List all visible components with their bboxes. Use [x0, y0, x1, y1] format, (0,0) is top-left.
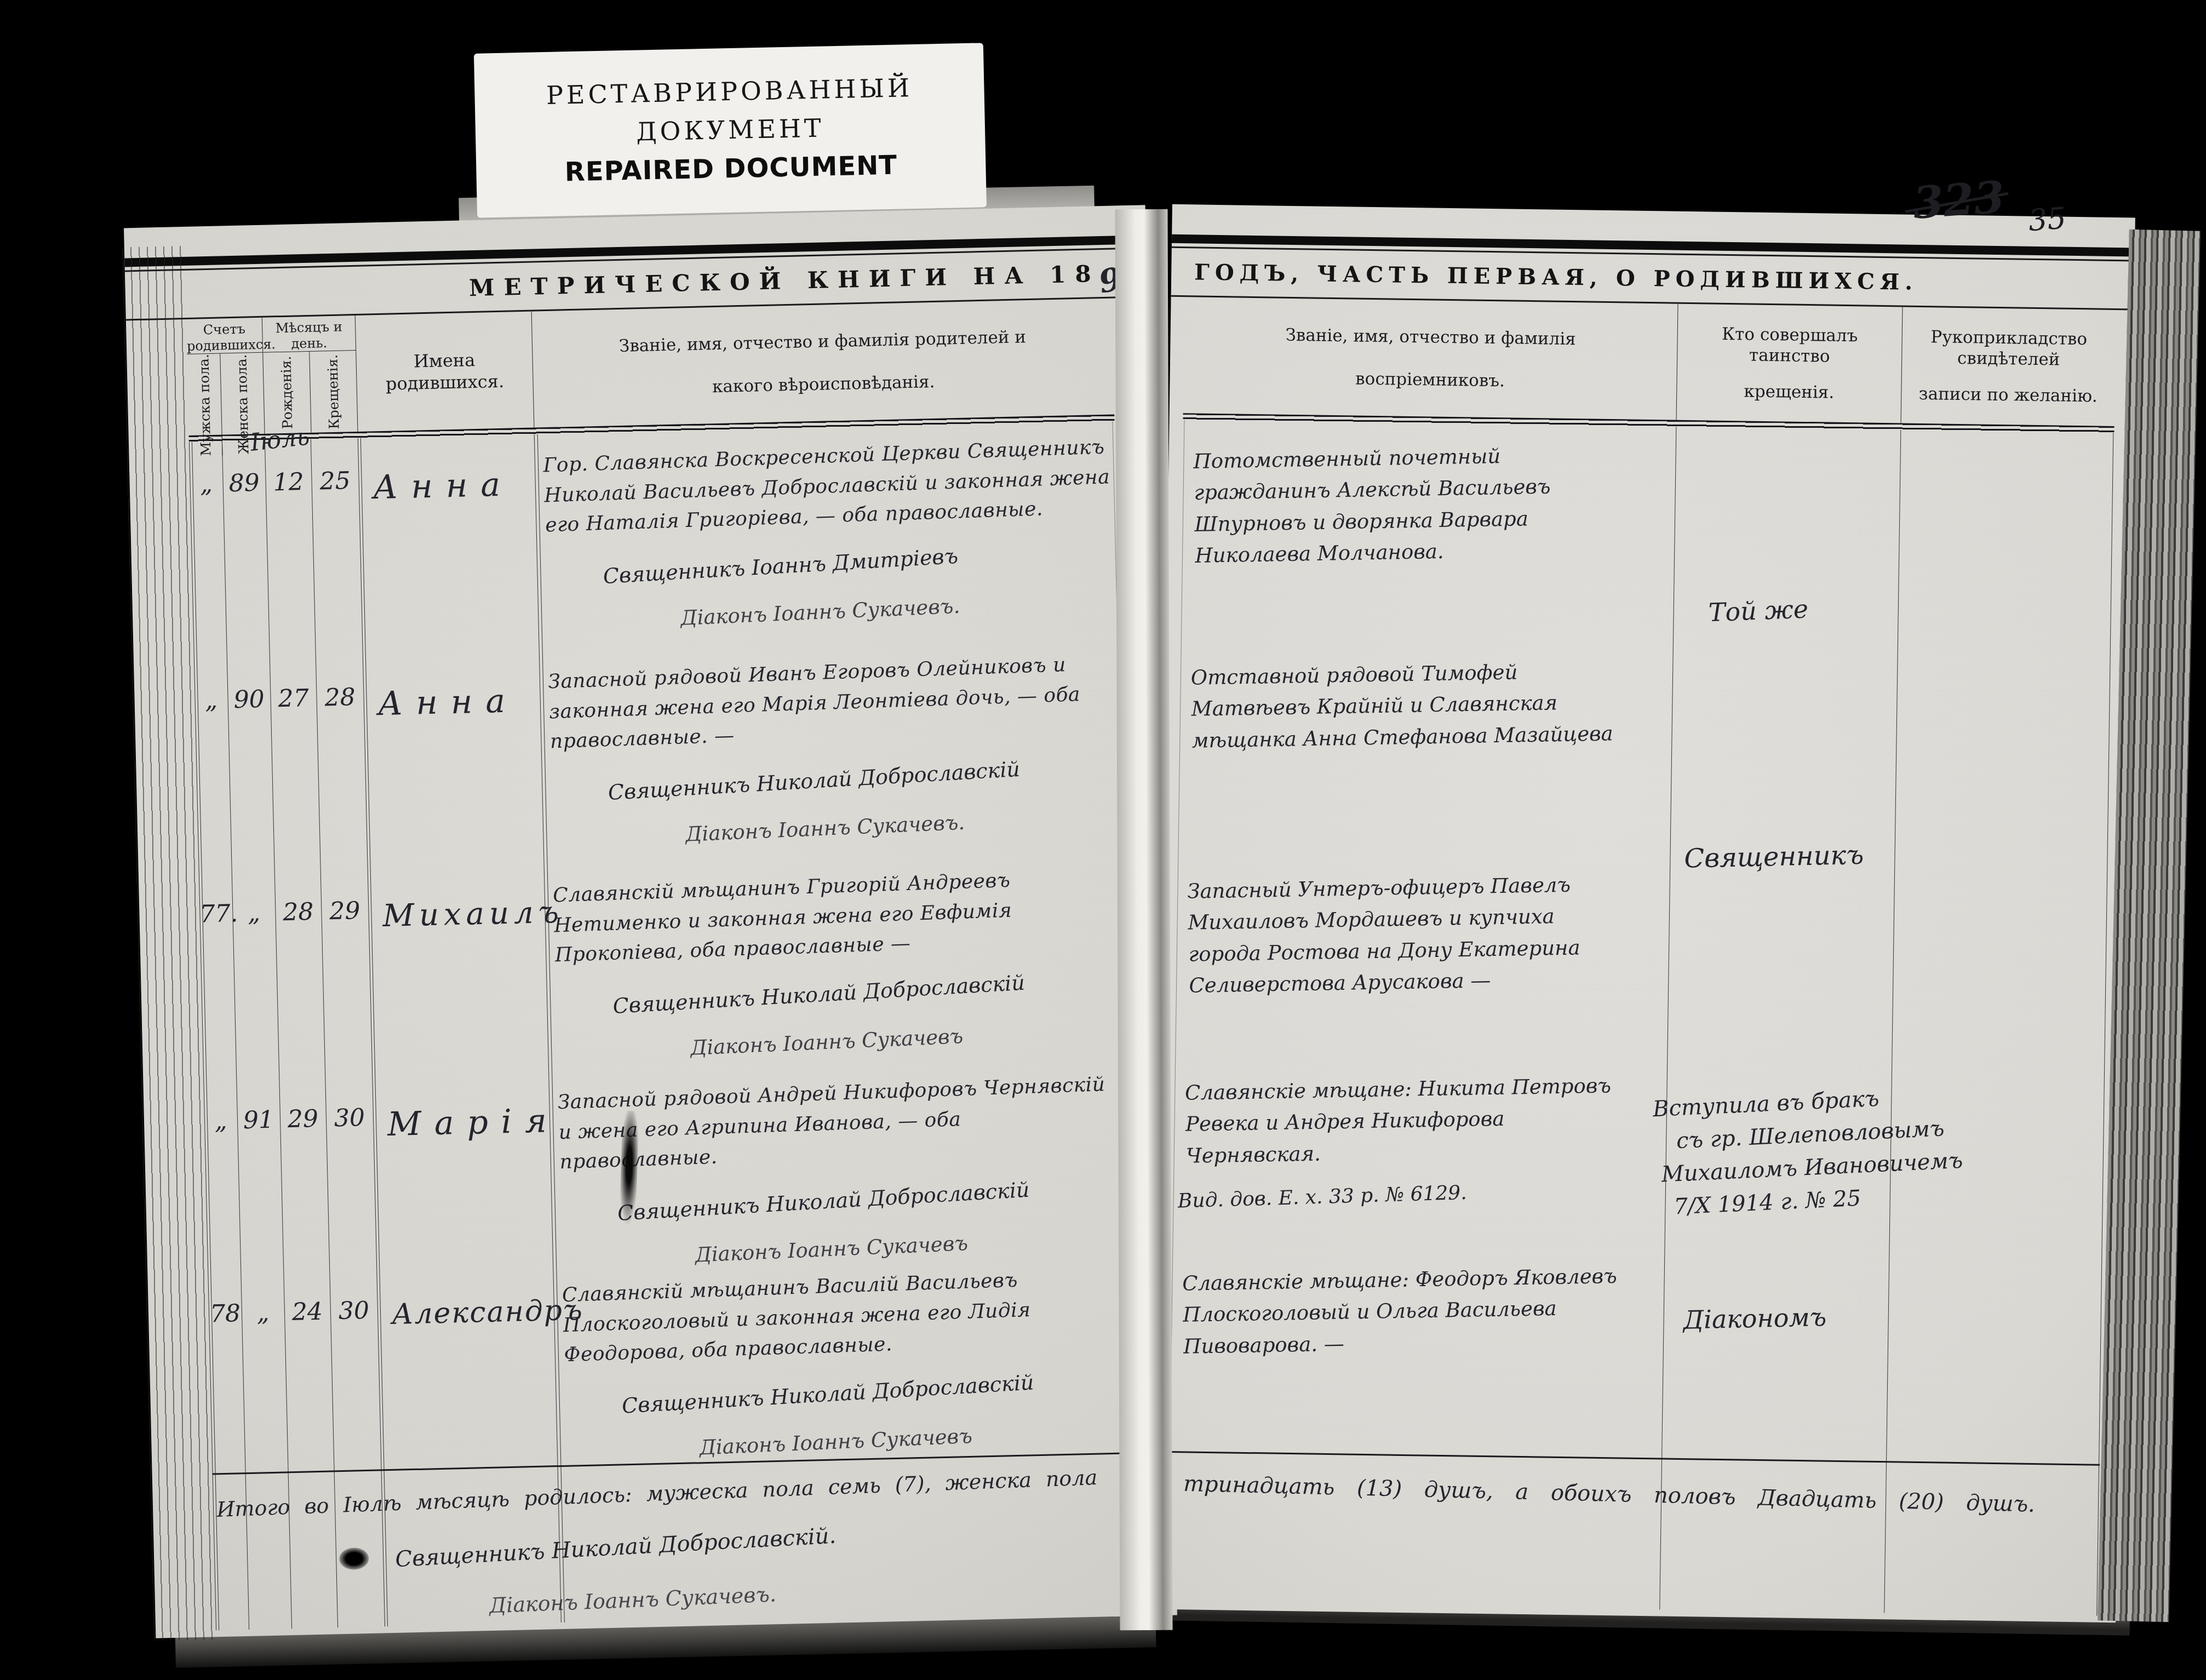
parents-column-header: Званіе, имя, отчество и фамилія родителе… [531, 299, 1115, 428]
baptism-day: 25 [311, 438, 363, 656]
parents-cell: Славянскій мѣщанинъ Василій Васильевъ Пл… [553, 1251, 1138, 1465]
priest-signature: Священникъ Николай Доброславскій. [394, 1507, 1139, 1572]
priest-signature: Священникъ Іоаннъ Дмитріевъ [603, 535, 1118, 588]
left-page: МЕТРИЧЕСКОЙ КНИГИ НА 18 91 Счетъ родивши… [124, 205, 1177, 1638]
male-number: „ [194, 657, 232, 871]
deacon-signature: Діаконъ Іоаннъ Сукачевъ. [489, 1568, 1141, 1618]
godparents-text: Потомственный почетный гражданинъ Алексѣ… [1181, 419, 1676, 572]
parents-text: Запасной рядовой Иванъ Егоровъ Олейников… [538, 634, 1122, 758]
table-row: 77. „ 28 29 Михаилъ Славянскій мѣщанинъ … [199, 851, 1129, 1079]
right-page-title: ГОДЪ, ЧАСТЬ ПЕРВАЯ, О РОДИВШИХСЯ. [1194, 259, 1918, 295]
godparents-text: Славянскіе мѣщане: Никита Петровъ Ревека… [1172, 1056, 1667, 1172]
officiant-column-header: Кто совершалъ таинство крещенія. [1676, 304, 1903, 423]
godparents-cell: Отставной рядовой Тимофей Матвѣевъ Крайн… [1177, 636, 1673, 857]
parents-cell: Гор. Славянска Воскресенской Церкви Свящ… [534, 421, 1120, 651]
priest-signature: Священникъ Николай Доброславскій [621, 1364, 1137, 1418]
male-column-header: Мужска пола. [196, 354, 214, 456]
priest-signature: Священникъ Николай Доброславскій [608, 751, 1123, 805]
female-column-header: Женска пола. [233, 354, 251, 454]
birth-day: 28 [274, 869, 325, 1077]
godparents-cell: Потомственный почетный гражданинъ Алексѣ… [1180, 420, 1676, 643]
date-group-label: Мѣсяцъ и день. [262, 316, 356, 353]
officiant-note: Той же [1708, 594, 1809, 627]
count-group-header: Счетъ родившихся. Мужска пола. Женска по… [186, 318, 265, 435]
table-row: Потомственный почетный гражданинъ Алексѣ… [1180, 420, 2114, 649]
godparents-cell: Славянскіе мѣщане: Никита Петровъ Ревека… [1171, 1057, 1667, 1257]
witness-cell [1886, 1259, 2102, 1464]
marriage-annotation: Вступила въ бракъ съ гр. Шелеповловымъ М… [1652, 1073, 2085, 1224]
parents-text: Славянскій мѣщанинъ Григорій Андреевъ Не… [543, 848, 1127, 971]
godparents-cell: Запасный Унтеръ-офицеръ Павелъ Михаиловъ… [1174, 850, 1670, 1064]
table-row: Славянскіе мѣщане: Феодоръ Яковлевъ Плос… [1168, 1249, 2102, 1464]
deacon-signature: Діаконъ Іоаннъ Сукачевъ [690, 1017, 1128, 1060]
crossed-out-folio-number: 323 [1911, 171, 2006, 228]
left-table-body: Іюль „ 89 12 25 Анна Гор. Славянска Воск… [189, 421, 1142, 1631]
right-table-header: Званіе, имя, отчество и фамилія воспріем… [1183, 297, 2116, 426]
left-page-title: МЕТРИЧЕСКОЙ КНИГИ НА 18 [469, 260, 1101, 301]
table-row: „ 90 27 28 Анна Запасной рядовой Иванъ Е… [194, 637, 1124, 871]
godparents-document-note: Вид. дов. Е. х. 33 р. № 6129. [1177, 1176, 1665, 1212]
birth-day: 24 [283, 1269, 334, 1471]
officiant-cell [1667, 857, 1894, 1067]
summary-row: Итого во Іюлѣ мѣсяцѣ родилось: мужеска п… [213, 1452, 1142, 1631]
baptism-day: 30 [325, 1075, 376, 1269]
table-row: „ 91 29 30 Марія Запасной рядовой Андрей… [203, 1058, 1133, 1271]
officiant-cell: Священникъ [1670, 643, 1897, 860]
godparents-cell: Славянскіе мѣщане: Феодоръ Яковлевъ Плос… [1168, 1249, 1664, 1458]
parents-text: Гор. Славянска Воскресенской Церкви Свящ… [534, 418, 1118, 541]
priest-signature: Священникъ Николай Доброславскій [612, 965, 1128, 1018]
godparents-text: Запасный Унтеръ-офицеръ Павелъ Михаиловъ… [1174, 849, 1670, 1002]
witness-column-header: Рукоприкладство свидѣтелей записи по жел… [1901, 307, 2116, 426]
witness-cell [1892, 859, 2108, 1069]
deacon-signature: Діаконъ Іоаннъ Сукачевъ. [680, 587, 1119, 630]
label-line-ru-1: РЕСТАВРИРОВАННЫЙ [546, 73, 913, 110]
female-number: 90 [227, 657, 274, 871]
birth-day: 29 [279, 1076, 329, 1270]
officiant-cell: Той же [1673, 427, 1900, 646]
baptism-day: 29 [320, 868, 373, 1076]
male-number: 77. [199, 871, 237, 1079]
right-page: ГОДЪ, ЧАСТЬ ПЕРВАЯ, О РОДИВШИХСЯ. Званіе… [1153, 204, 2135, 1622]
names-column-header: Имена родившихся. [355, 312, 534, 432]
folio-number: 35 [2027, 200, 2067, 238]
male-number: „ [189, 441, 227, 658]
child-name: Александръ [376, 1264, 557, 1469]
officiant-cell: Діакономъ [1661, 1257, 1889, 1461]
label-line-ru-2: ДОКУМЕНТ [636, 113, 824, 146]
baptism-day: 30 [329, 1268, 381, 1471]
witness-cell [1898, 429, 2114, 649]
count-group-label: Счетъ родившихся. [186, 318, 262, 354]
table-row: Отставной рядовой Тимофей Матвѣевъ Крайн… [1177, 636, 2111, 863]
child-name: Михаилъ [368, 864, 548, 1075]
archival-scan-stage: МЕТРИЧЕСКОЙ КНИГИ НА 18 91 Счетъ родивши… [0, 0, 2206, 1680]
right-table-body: Потомственный почетный гражданинъ Алексѣ… [1166, 420, 2114, 1616]
folio-numbers: 323 35 [1911, 171, 2006, 228]
table-row: Запасный Унтеръ-офицеръ Павелъ Михаиловъ… [1174, 850, 2108, 1070]
parents-cell: Запасной рядовой Иванъ Егоровъ Олейников… [539, 637, 1125, 864]
male-number: „ [203, 1078, 240, 1271]
male-number: 78 [208, 1271, 245, 1473]
date-group-header: Мѣсяцъ и день. Рожденія. Крещенія. [262, 316, 358, 434]
witness-cell [1894, 646, 2111, 862]
female-number: „ [240, 1270, 288, 1472]
child-name: Анна [363, 650, 544, 868]
female-number: 89 [222, 440, 270, 658]
officiant-note: Діакономъ [1683, 1302, 1827, 1334]
repaired-document-label: РЕСТАВРИРОВАННЫЙ ДОКУМЕНТ REPAIRED DOCUM… [474, 43, 987, 217]
table-row: Славянскіе мѣщане: Никита Петровъ Ревека… [1171, 1057, 2105, 1263]
godparents-column-header: Званіе, имя, отчество и фамилія воспріем… [1183, 297, 1678, 420]
baptism-day: 28 [316, 655, 368, 869]
book-gutter [1115, 209, 1172, 1630]
female-number: 91 [236, 1077, 283, 1271]
priest-signature: Священникъ Николай Доброславскій [617, 1172, 1132, 1225]
female-number: „ [232, 870, 279, 1079]
table-row: 78 „ 24 30 Александръ Славянскій мѣщанин… [208, 1251, 1138, 1473]
child-name: Анна [358, 434, 539, 655]
godparents-text: Славянскіе мѣщане: Феодоръ Яковлевъ Плос… [1170, 1248, 1664, 1362]
birth-day: 27 [270, 656, 320, 870]
parents-cell: Славянскій мѣщанинъ Григорій Андреевъ Не… [544, 851, 1129, 1071]
godparents-text: Отставной рядовой Тимофей Матвѣевъ Крайн… [1178, 635, 1673, 757]
left-table-header: Счетъ родившихся. Мужска пола. Женска по… [186, 299, 1114, 435]
table-row: „ 89 12 25 Анна Гор. Славянска Воскресен… [189, 421, 1120, 658]
parents-text: Славянскій мѣщанинъ Василій Васильевъ Пл… [552, 1248, 1136, 1371]
birth-column-header: Рожденія. [278, 356, 296, 429]
child-name: Марія [372, 1071, 553, 1268]
summary-row: тринадцать (13) душъ, а обоихъ половъ Дв… [1166, 1451, 2100, 1622]
birth-day: 12 [265, 439, 316, 657]
baptism-column-header: Крещенія. [325, 354, 342, 429]
label-line-en: REPAIRED DOCUMENT [564, 150, 897, 188]
deacon-signature: Діаконъ Іоаннъ Сукачевъ. [685, 804, 1124, 846]
